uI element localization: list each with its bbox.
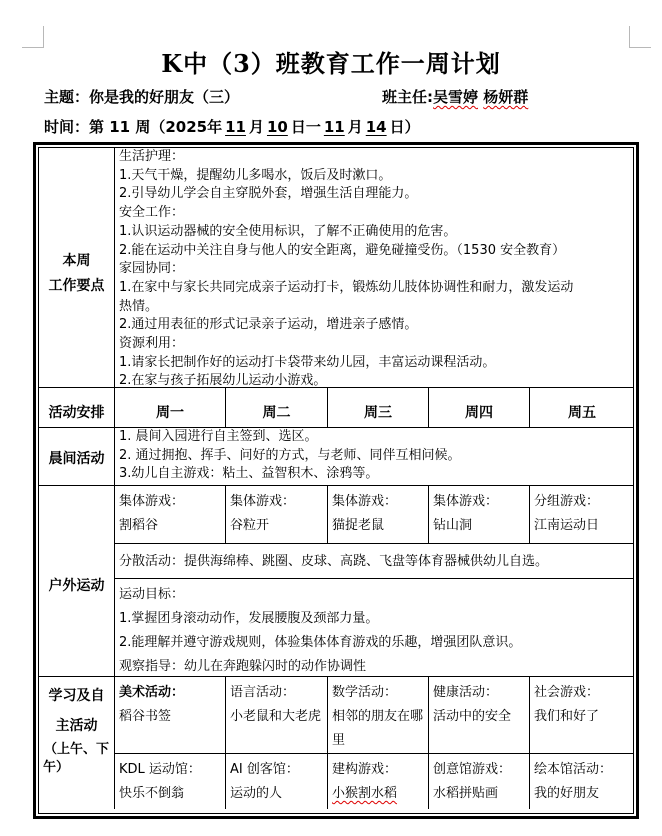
label-line: （上午、下 bbox=[44, 741, 109, 759]
teacher-line: 班主任:吴雪婷 杨妍群 bbox=[382, 86, 528, 107]
activity-type: 美术活动： bbox=[119, 681, 225, 705]
label-line: 午） bbox=[39, 759, 69, 777]
teacher-name-1: 吴雪婷 bbox=[433, 88, 478, 106]
venue-fri: 绘本馆活动： 我的好朋友 bbox=[530, 754, 634, 809]
learning-wed: 数学活动： 相邻的朋友在哪里 bbox=[328, 677, 428, 753]
document-title: K中（3）班教育工作一周计划 bbox=[0, 44, 662, 79]
game-type: 集体游戏： bbox=[433, 490, 529, 514]
outdoor-goals: 运动目标： 1.掌握团身滚动动作，发展腰腹及颈部力量。 2.能理解并遵守游戏规则… bbox=[115, 579, 634, 676]
theme-value: 你是我的好朋友（三） bbox=[89, 88, 239, 106]
text-line: 运动目标： bbox=[119, 583, 634, 607]
text-line: 1.在家中与家长共同完成亲子运动打卡，锻炼幼儿肢体协调性和耐力，激发运动 bbox=[119, 279, 634, 298]
game-type: 集体游戏： bbox=[332, 490, 428, 514]
outdoor-game-tue: 集体游戏： 谷粒开 bbox=[226, 486, 327, 543]
venue-wed: 建构游戏： 小猴割水稻 bbox=[328, 754, 428, 809]
activity-type: 创意馆游戏： bbox=[433, 758, 529, 782]
activity-type: 建构游戏： bbox=[332, 758, 428, 782]
learning-thu: 健康活动： 活动中的安全 bbox=[429, 677, 529, 753]
end-day: 14 bbox=[363, 118, 390, 136]
learning-label: 学习及自 主活动 （上午、下 午） bbox=[39, 677, 114, 809]
learning-fri: 社会游戏： 我们和好了 bbox=[530, 677, 634, 753]
activity-type: 健康活动： bbox=[433, 681, 529, 705]
text-line: 3.幼儿自主游戏：粘土、益智积木、涂鸦等。 bbox=[119, 465, 634, 484]
text-line: 1.天气干燥，提醒幼儿多喝水，饭后及时漱口。 bbox=[119, 167, 634, 186]
activity-name: 我们和好了 bbox=[534, 705, 634, 729]
outdoor-game-wed: 集体游戏： 猫捉老鼠 bbox=[328, 486, 428, 543]
outdoor-game-mon: 集体游戏： 割稻谷 bbox=[115, 486, 225, 543]
activity-name: 小老鼠和大老虎 bbox=[230, 705, 322, 729]
label-line: 本周 bbox=[63, 252, 91, 271]
activity-name: 活动中的安全 bbox=[433, 705, 529, 729]
end-month: 11 bbox=[321, 118, 348, 136]
table-inner-border: 本周 工作要点 生活护理： 1.天气干燥，提醒幼儿多喝水，饭后及时漱口。 2.引… bbox=[38, 147, 634, 814]
activity-type: KDL 运动馆： bbox=[119, 758, 225, 782]
key-points-label: 本周 工作要点 bbox=[39, 148, 114, 387]
day-header-wed: 周三 bbox=[328, 388, 428, 427]
text-line: 安全工作： bbox=[119, 204, 634, 223]
time-line: 时间：第 11 周（2025年11月10日一11月14日） bbox=[44, 116, 420, 137]
activity-name: 水稻拼贴画 bbox=[433, 782, 529, 806]
key-points-content: 生活护理： 1.天气干燥，提醒幼儿多喝水，饭后及时漱口。 2.引导幼儿学会自主穿… bbox=[115, 148, 634, 387]
learning-mon: 美术活动： 稻谷书签 bbox=[115, 677, 225, 753]
text-line: 观察指导：幼儿在奔跑躲闪时的动作协调性 bbox=[119, 655, 634, 679]
outdoor-game-fri: 分组游戏： 江南运动日 bbox=[530, 486, 634, 543]
teacher-label: 班主任: bbox=[382, 88, 433, 106]
text-line: 热情。 bbox=[119, 298, 634, 317]
text-line: 1. 晨间入园进行自主签到、选区。 bbox=[119, 428, 634, 447]
text-line: 1.请家长把制作好的运动打卡袋带来幼儿园，丰富运动课程活动。 bbox=[119, 354, 634, 373]
outdoor-label: 户外运动 bbox=[39, 486, 114, 676]
activity-name: 我的好朋友 bbox=[534, 782, 634, 806]
morning-label: 晨间活动 bbox=[39, 428, 114, 485]
game-type: 集体游戏： bbox=[230, 490, 327, 514]
day-header-fri: 周五 bbox=[530, 388, 634, 427]
game-type: 分组游戏： bbox=[534, 490, 634, 514]
text-line: 2.能理解并遵守游戏规则，体验集体体育游戏的乐趣，增强团队意识。 bbox=[119, 631, 634, 655]
schedule-label: 活动安排 bbox=[39, 388, 114, 427]
month-char-2: 月 bbox=[348, 118, 363, 136]
learning-tue: 语言活动： 小老鼠和大老虎 bbox=[226, 677, 327, 753]
teacher-name-2: 杨妍群 bbox=[483, 88, 528, 106]
activity-name: 相邻的朋友在哪里 bbox=[332, 705, 424, 753]
start-day: 10 bbox=[264, 118, 291, 136]
text-line: 1.认识运动器械的安全使用标识，了解不正确使用的危害。 bbox=[119, 223, 634, 242]
day-header-tue: 周二 bbox=[226, 388, 327, 427]
game-name: 猫捉老鼠 bbox=[332, 514, 428, 538]
start-month: 11 bbox=[222, 118, 249, 136]
month-char: 月 bbox=[249, 118, 264, 136]
activity-type: AI 创客馆： bbox=[230, 758, 327, 782]
venue-thu: 创意馆游戏： 水稻拼贴画 bbox=[429, 754, 529, 809]
text-line: 生活护理： bbox=[119, 148, 634, 167]
day-header-mon: 周一 bbox=[115, 388, 225, 427]
theme-label: 主题： bbox=[44, 88, 89, 106]
activity-name: 小猴割水稻 bbox=[332, 782, 428, 806]
text-line: 1.掌握团身滚动动作，发展腰腹及颈部力量。 bbox=[119, 607, 634, 631]
activity-type: 数学活动： bbox=[332, 681, 428, 705]
day-dash: 日一 bbox=[291, 118, 321, 136]
game-name: 割稻谷 bbox=[119, 514, 225, 538]
day-header-thu: 周四 bbox=[429, 388, 529, 427]
game-type: 集体游戏： bbox=[119, 490, 225, 514]
weekly-plan-table: 本周 工作要点 生活护理： 1.天气干燥，提醒幼儿多喝水，饭后及时漱口。 2.引… bbox=[33, 142, 639, 819]
activity-type: 社会游戏： bbox=[534, 681, 634, 705]
text-line: 2. 通过拥抱、挥手、问好的方式，与老师、同伴互相问候。 bbox=[119, 447, 634, 466]
theme-line: 主题：你是我的好朋友（三） bbox=[44, 86, 239, 107]
text-line: 2.引导幼儿学会自主穿脱外套，增强生活自理能力。 bbox=[119, 185, 634, 204]
text-line: 资源利用： bbox=[119, 335, 634, 354]
activity-name: 稻谷书签 bbox=[119, 705, 225, 729]
game-name: 谷粒开 bbox=[230, 514, 327, 538]
activity-type: 绘本馆活动： bbox=[534, 758, 634, 782]
text-line: 2.能在运动中关注自身与他人的安全距离，避免碰撞受伤。（1530 安全教育） bbox=[119, 242, 634, 261]
outdoor-game-thu: 集体游戏： 钻山洞 bbox=[429, 486, 529, 543]
label-line: 学习及自 bbox=[49, 681, 105, 711]
activity-name: 快乐不倒翁 bbox=[119, 782, 225, 806]
time-close: 日） bbox=[390, 118, 420, 136]
activity-type: 语言活动： bbox=[230, 681, 327, 705]
game-name: 江南运动日 bbox=[534, 514, 634, 538]
time-label: 时间：第 11 周（2025年 bbox=[44, 118, 222, 136]
activity-name: 运动的人 bbox=[230, 782, 327, 806]
venue-tue: AI 创客馆： 运动的人 bbox=[226, 754, 327, 809]
free-activity: 分散活动：提供海绵棒、跳圈、皮球、高跷、飞盘等体育器械供幼儿自选。 bbox=[115, 544, 634, 578]
morning-content: 1. 晨间入园进行自主签到、选区。 2. 通过拥抱、挥手、问好的方式，与老师、同… bbox=[115, 428, 634, 485]
game-name: 钻山洞 bbox=[433, 514, 529, 538]
venue-mon: KDL 运动馆： 快乐不倒翁 bbox=[115, 754, 225, 809]
text-line: 2.通过用表征的形式记录亲子运动，增进亲子感情。 bbox=[119, 316, 634, 335]
text-line: 家园协同： bbox=[119, 260, 634, 279]
label-line: 主活动 bbox=[56, 711, 98, 741]
label-line: 工作要点 bbox=[49, 277, 105, 296]
